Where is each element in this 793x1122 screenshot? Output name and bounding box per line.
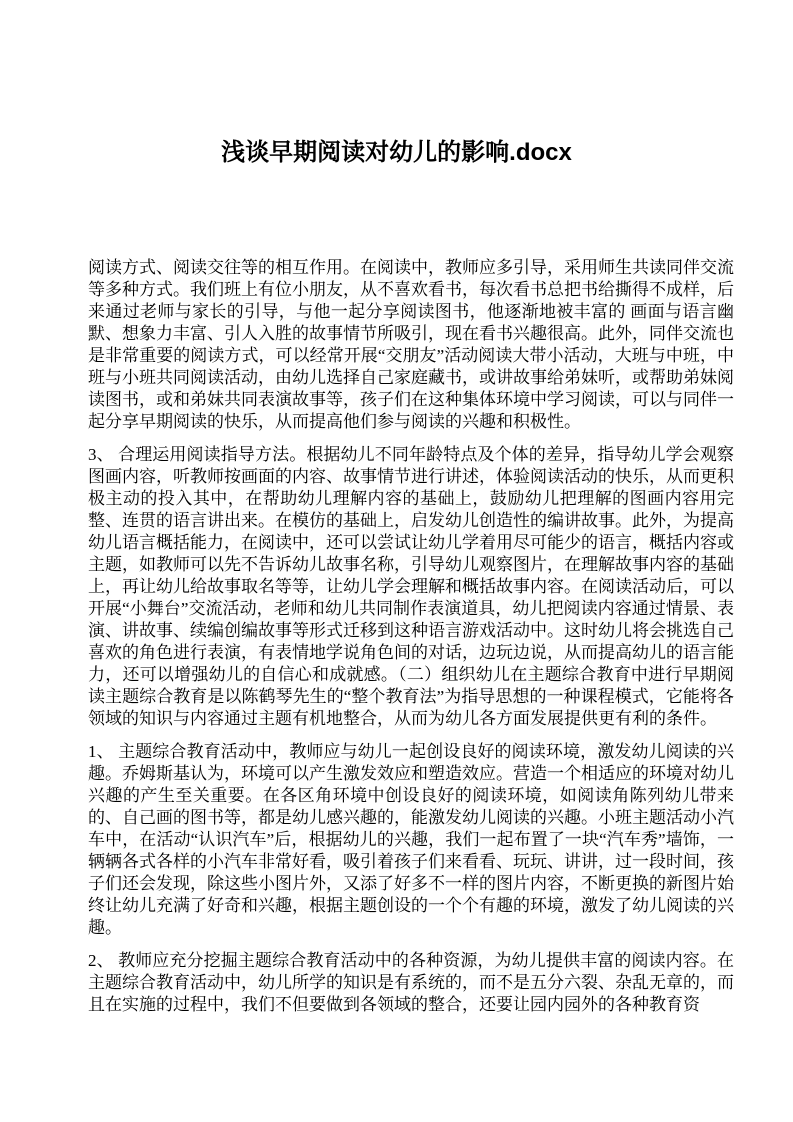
paragraph-3-guidance-methods: 3、 合理运用阅读指导方法。根据幼儿不同年龄特点及个体的差异，指导幼儿学会观察图… [88,444,734,730]
document-page: 浅谈早期阅读对幼儿的影响.docx 阅读方式、阅读交往等的相互作用。在阅读中，教… [0,0,793,1122]
paragraph-2-teaching-resources: 2、 教师应充分挖掘主题综合教育活动中的各种资源，为幼儿提供丰富的阅读内容。在主… [88,950,734,1016]
document-title: 浅谈早期阅读对幼儿的影响.docx [0,0,793,167]
document-body: 阅读方式、阅读交往等的相互作用。在阅读中，教师应多引导，采用师生共读同伴交流等多… [88,257,734,1016]
paragraph-reading-interaction: 阅读方式、阅读交往等的相互作用。在阅读中，教师应多引导，采用师生共读同伴交流等多… [88,257,734,433]
paragraph-1-reading-environment: 1、 主题综合教育活动中，教师应与幼儿一起创设良好的阅读环境，激发幼儿阅读的兴趣… [88,741,734,939]
